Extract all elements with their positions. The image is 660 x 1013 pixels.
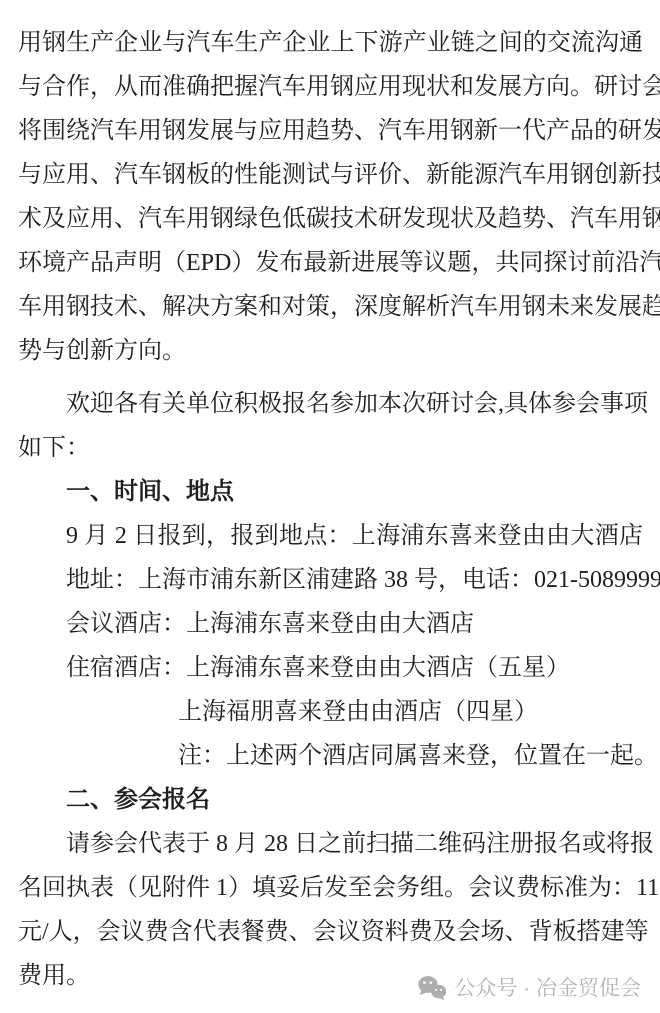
text-line: 地址：上海市浦东新区浦建路 38 号，电话：021-50899999 — [18, 558, 643, 602]
text-line: 车用钢技术、解决方案和对策，深度解析汽车用钢未来发展趋 — [18, 285, 643, 329]
text-line: 9 月 2 日报到，报到地点：上海浦东喜来登由由大酒店 — [18, 514, 643, 558]
text-line: 与应用、汽车钢板的性能测试与评价、新能源汽车用钢创新技 — [18, 153, 643, 197]
section-heading-time-location: 一、时间、地点 — [18, 470, 643, 514]
text-line: 与合作，从而准确把握汽车用钢应用现状和发展方向。研讨会 — [18, 65, 643, 109]
document-body: 用钢生产企业与汽车生产企业上下游产业链之间的交流沟通 与合作，从而准确把握汽车用… — [18, 21, 643, 998]
text-line: 上海福朋喜来登由由酒店（四星） — [18, 690, 643, 734]
watermark: 公众号 · 冶金贸促会 — [417, 975, 641, 1002]
text-line: 欢迎各有关单位积极报名参加本次研讨会,具体参会事项 — [18, 382, 643, 426]
wechat-icon — [417, 975, 447, 1002]
text-line: 名回执表（见附件 1）填妥后发至会务组。会议费标准为：1100 — [18, 866, 643, 910]
text-line: 住宿酒店：上海浦东喜来登由由大酒店（五星） — [18, 646, 643, 690]
section-heading-registration: 二、参会报名 — [18, 778, 643, 822]
text-line: 将围绕汽车用钢发展与应用趋势、汽车用钢新一代产品的研发 — [18, 109, 643, 153]
text-line: 术及应用、汽车用钢绿色低碳技术研发现状及趋势、汽车用钢 — [18, 197, 643, 241]
text-line: 会议酒店：上海浦东喜来登由由大酒店 — [18, 602, 643, 646]
text-line: 元/人，会议费含代表餐费、会议资料费及会场、背板搭建等 — [18, 910, 643, 954]
text-line: 用钢生产企业与汽车生产企业上下游产业链之间的交流沟通 — [18, 21, 643, 65]
text-line: 如下： — [18, 426, 643, 470]
text-line: 请参会代表于 8 月 28 日之前扫描二维码注册报名或将报 — [18, 822, 643, 866]
text-line: 注：上述两个酒店同属喜来登，位置在一起。 — [18, 734, 643, 778]
text-line: 势与创新方向。 — [18, 329, 643, 373]
text-line: 环境产品声明（EPD）发布最新进展等议题，共同探讨前沿汽 — [18, 241, 643, 285]
page: { "page": { "background": "#ffffff", "te… — [0, 0, 660, 1013]
watermark-label: 公众号 · 冶金贸促会 — [454, 978, 641, 999]
